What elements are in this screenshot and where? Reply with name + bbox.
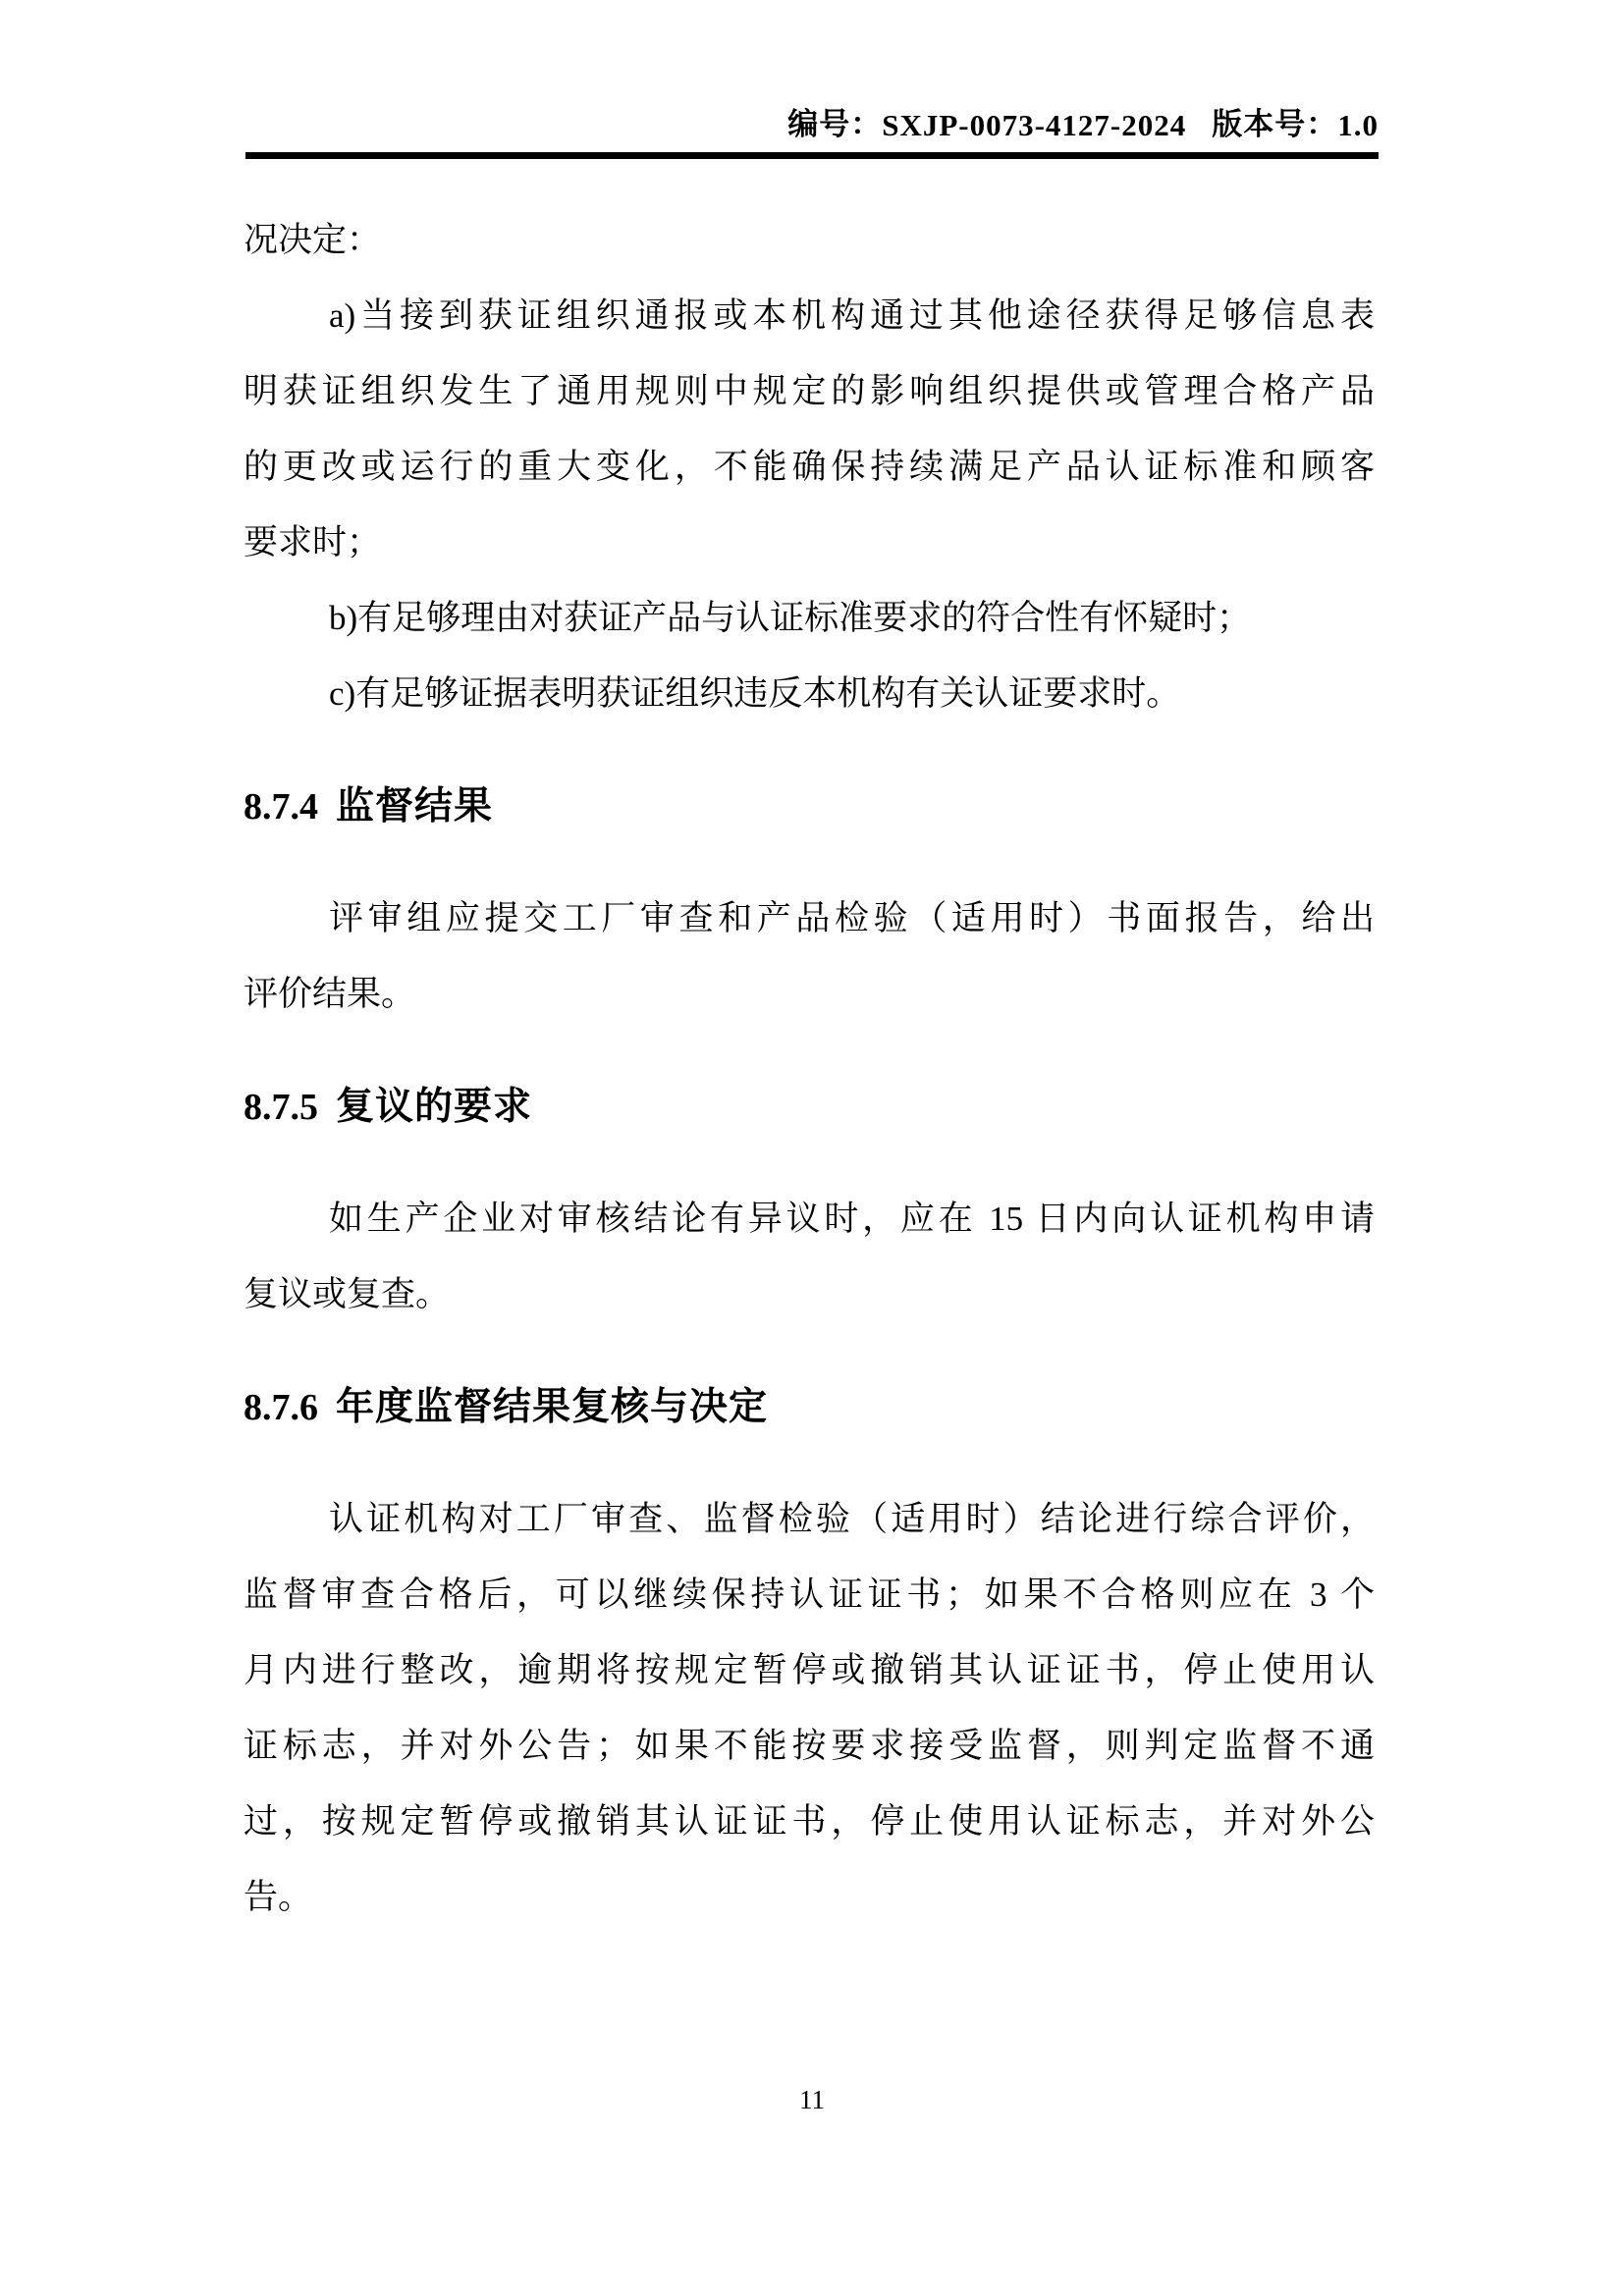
body-line: c)有足够证据表明获证组织违反本机构有关认证要求时。 (244, 656, 1375, 731)
body-line: a)当接到获证组织通报或本机构通过其他途径获得足够信息表 (244, 278, 1375, 353)
heading-number: 8.7.4 (244, 786, 318, 828)
body-line: 认证机构对工厂审查、监督检验（适用时）结论进行综合评价， (244, 1481, 1375, 1557)
doc-version-value: 1.0 (1337, 108, 1379, 143)
body-line: 评审组应提交工厂审查和产品检验（适用时）书面报告，给出 (244, 881, 1375, 956)
body-line: 复议或复查。 (244, 1256, 1375, 1332)
section-heading: 8.7.6年度监督结果复核与决定 (244, 1369, 1375, 1446)
body-line: 明获证组织发生了通用规则中规定的影响组织提供或管理合格产品 (244, 353, 1375, 429)
heading-number: 8.7.5 (244, 1087, 318, 1128)
document-page: 编号：SXJP-0073-4127-2024版本号：1.0 况决定：a)当接到获… (0, 0, 1624, 2296)
body-line: 的更改或运行的重大变化，不能确保持续满足产品认证标准和顾客 (244, 429, 1375, 505)
doc-number-label: 编号： (787, 99, 882, 143)
body-line: 况决定： (244, 202, 1375, 278)
body-line: 如生产企业对审核结论有异议时，应在 15 日内向认证机构申请 (244, 1181, 1375, 1256)
body-line: 评价结果。 (244, 956, 1375, 1032)
body-line: 月内进行整改，逾期将按规定暂停或撤销其认证证书，停止使用认 (244, 1632, 1375, 1708)
doc-version-label: 版本号： (1212, 99, 1337, 143)
heading-title: 监督结果 (336, 785, 493, 828)
document-body: 况决定：a)当接到获证组织通报或本机构通过其他途径获得足够信息表明获证组织发生了… (244, 202, 1375, 1935)
body-line: 证标志，并对外公告；如果不能按要求接受监督，则判定监督不通 (244, 1708, 1375, 1784)
document-header: 编号：SXJP-0073-4127-2024版本号：1.0 (245, 0, 1379, 159)
heading-title: 复议的要求 (336, 1086, 532, 1128)
body-line: 监督审查合格后，可以继续保持认证证书；如果不合格则应在 3 个 (244, 1557, 1375, 1632)
section-heading: 8.7.4监督结果 (244, 769, 1375, 845)
body-line: 告。 (244, 1859, 1375, 1935)
body-line: 过，按规定暂停或撤销其认证证书，停止使用认证标志，并对外公 (244, 1784, 1375, 1859)
heading-number: 8.7.6 (244, 1387, 318, 1428)
heading-title: 年度监督结果复核与决定 (336, 1386, 768, 1428)
doc-number-value: SXJP-0073-4127-2024 (882, 108, 1186, 143)
body-line: 要求时； (244, 505, 1375, 580)
page-number: 11 (0, 2085, 1624, 2115)
section-heading: 8.7.5复议的要求 (244, 1069, 1375, 1146)
body-line: b)有足够理由对获证产品与认证标准要求的符合性有怀疑时； (244, 580, 1375, 656)
